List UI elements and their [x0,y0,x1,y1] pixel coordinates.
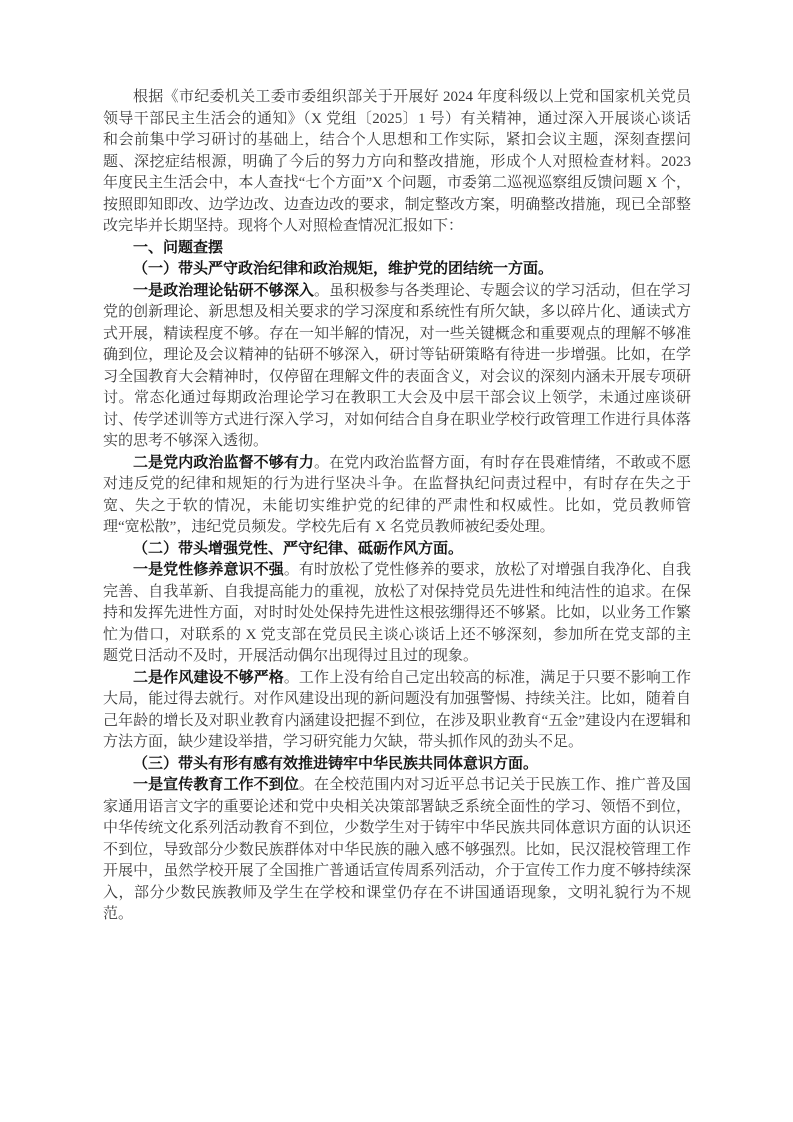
issue-paragraph-2-1: 一是党性修养意识不强。有时放松了党性修养的要求，放松了对增强自我净化、自我完善、… [103,560,691,668]
paragraph-lead: 二是作风建设不够严格 [133,670,284,686]
issue-paragraph-1-1: 一是政治理论钻研不够深入。虽积极参与各类理论、专题会议的学习活动，但在学习党的创… [103,281,691,453]
subsection-2-heading: （二）带头增强党性、严守纪律、砥砺作风方面。 [103,539,691,561]
intro-paragraph: 根据《市纪委机关工委市委组织部关于开展好 2024 年度科级以上党和国家机关党员… [103,87,691,238]
document-body: 根据《市纪委机关工委市委组织部关于开展好 2024 年度科级以上党和国家机关党员… [103,87,691,926]
document-page: 根据《市纪委机关工委市委组织部关于开展好 2024 年度科级以上党和国家机关党员… [0,0,793,1122]
paragraph-lead: 二是党内政治监督不够有力 [133,455,314,471]
paragraph-text: 一、问题查摆 [133,240,223,256]
paragraph-text: （二）带头增强党性、严守纪律、砥砺作风方面。 [133,541,463,557]
section-1-heading: 一、问题查摆 [103,238,691,260]
issue-paragraph-3-1: 一是宣传教育工作不到位。在全校范围内对习近平总书记关于民族工作、推广普及国家通用… [103,775,691,926]
issue-paragraph-2-2: 二是作风建设不够严格。工作上没有给自己定出较高的标准，满足于只要不影响工作大局，… [103,668,691,754]
paragraph-lead: 一是党性修养意识不强 [133,562,284,578]
paragraph-text: 。在全校范围内对习近平总书记关于民族工作、推广普及国家通用语言文字的重要论述和党… [103,777,691,922]
paragraph-text: （一）带头严守政治纪律和政治规矩，维护党的团结统一方面。 [133,261,553,277]
paragraph-text: 根据《市纪委机关工委市委组织部关于开展好 2024 年度科级以上党和国家机关党员… [103,89,691,234]
issue-paragraph-1-2: 二是党内政治监督不够有力。在党内政治监督方面，有时存在畏难情绪，不敢或不愿对违反… [103,453,691,539]
subsection-3-heading: （三）带头有形有感有效推进铸牢中华民族共同体意识方面。 [103,754,691,776]
paragraph-lead: 一是政治理论钻研不够深入 [133,283,314,299]
subsection-1-heading: （一）带头严守政治纪律和政治规矩，维护党的团结统一方面。 [103,259,691,281]
paragraph-text: （三）带头有形有感有效推进铸牢中华民族共同体意识方面。 [133,756,538,772]
paragraph-text: 。虽积极参与各类理论、专题会议的学习活动，但在学习党的创新理论、新思想及相关要求… [103,283,691,450]
paragraph-lead: 一是宣传教育工作不到位 [133,777,299,793]
